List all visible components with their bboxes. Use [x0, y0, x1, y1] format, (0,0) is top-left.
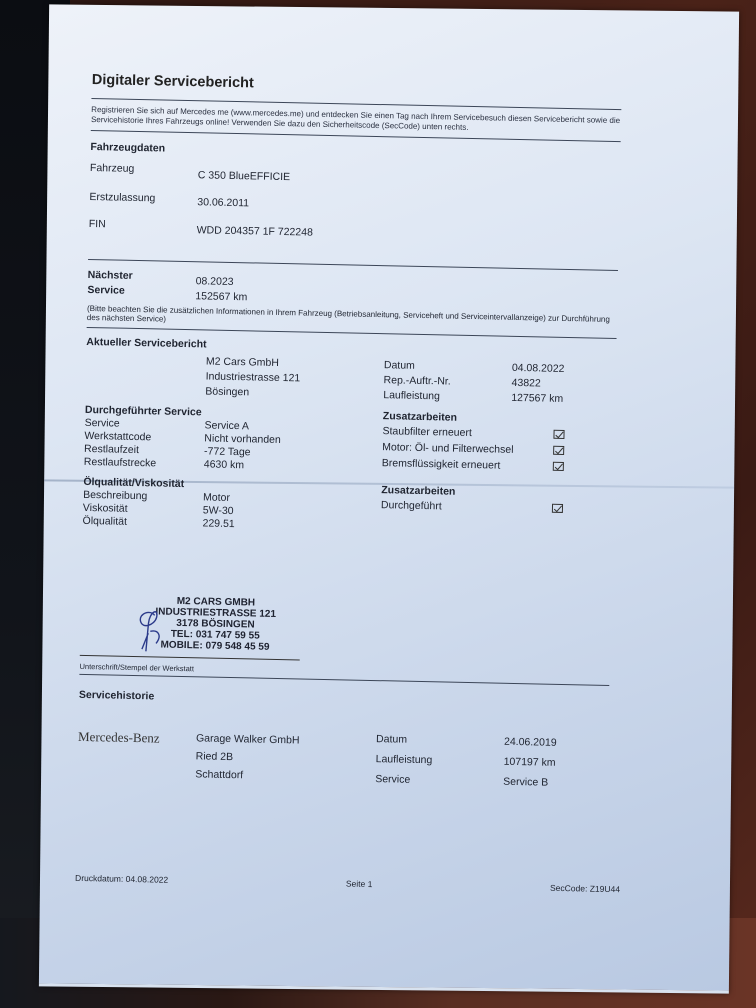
- oil-quality-value: 229.51: [202, 517, 380, 534]
- workshop-address: M2 Cars GmbH Industriestrasse 121 Bösing…: [85, 352, 384, 403]
- oil-quality-label: Ölqualität: [82, 515, 202, 531]
- history-service-value: Service B: [503, 772, 548, 793]
- vehicle-data-section: Fahrzeugdaten Fahrzeug C 350 BlueEFFICIE…: [89, 141, 621, 248]
- mercedes-benz-logo: Mercedes-Benz: [77, 729, 196, 785]
- checkbox-checked-icon: [553, 430, 564, 439]
- extra-work-item: Durchgeführt: [381, 497, 563, 517]
- history-date-label: Datum: [376, 729, 504, 752]
- history-date-value: 24.06.2019: [504, 732, 557, 753]
- service-report-content: Digitaler Servicebericht Registrieren Si…: [75, 72, 622, 894]
- date-value: 04.08.2022: [512, 361, 565, 377]
- history-meta: Datum24.06.2019 Laufleistung107197 km Se…: [375, 729, 557, 793]
- next-service-label: Nächster Service: [87, 268, 196, 304]
- service-history-heading: Servicehistorie: [79, 689, 609, 712]
- vehicle-value: C 350 BlueEFFICIE: [198, 161, 620, 193]
- current-report-body: M2 Cars GmbH Industriestrasse 121 Bösing…: [82, 352, 616, 539]
- mileage-label: Laufleistung: [383, 388, 511, 406]
- signature-label: Unterschrift/Stempel der Werkstatt: [79, 662, 609, 685]
- oil-section: Ölqualität/Viskosität BeschreibungMotor …: [82, 475, 381, 534]
- first-registration-value: 30.06.2011: [197, 190, 619, 220]
- vehicle-row: Fahrzeug C 350 BlueEFFICIE: [90, 159, 620, 193]
- history-mileage-label: Laufleistung: [375, 749, 503, 772]
- vin-row: FIN WDD 204357 1F 722248: [89, 215, 619, 248]
- checkbox-checked-icon: [553, 462, 564, 471]
- repair-order-value: 43822: [511, 376, 541, 392]
- extra-work-item: Bremsflüssigkeit erneuert: [382, 455, 564, 475]
- page-number: Seite 1: [346, 878, 373, 889]
- sec-code: SecCode: Z19U44: [550, 883, 620, 894]
- first-registration-label: Erstzulassung: [89, 188, 197, 211]
- service-history-entry: Mercedes-Benz Garage Walker GmbH Ried 2B…: [77, 723, 608, 794]
- history-service-label: Service: [375, 769, 503, 792]
- remaining-distance-value: 4630 km: [204, 458, 382, 475]
- signature-icon: [128, 603, 169, 654]
- workshop-stamp: M2 CARS GMBH INDUSTRIESTRASSE 121 3178 B…: [80, 594, 311, 654]
- history-mileage-value: 107197 km: [503, 752, 555, 773]
- vin-label: FIN: [89, 215, 197, 239]
- mileage-value: 127567 km: [511, 391, 563, 407]
- first-registration-row: Erstzulassung 30.06.2011: [89, 188, 619, 220]
- checkbox-checked-icon: [552, 504, 563, 513]
- current-report-right: Datum04.08.2022 Rep.-Auftr.-Nr.43822 Lau…: [380, 358, 616, 539]
- vehicle-label: Fahrzeug: [90, 159, 198, 184]
- vin-value: WDD 204357 1F 722248: [197, 217, 619, 248]
- performed-service-section: Durchgeführter Service ServiceService A …: [84, 403, 383, 475]
- print-date: Druckdatum: 04.08.2022: [75, 873, 168, 885]
- checkbox-checked-icon: [553, 446, 564, 455]
- remaining-distance-label: Restlaufstrecke: [84, 456, 204, 472]
- history-workshop-address: Garage Walker GmbH Ried 2B Schattdorf: [195, 729, 376, 789]
- current-report-left: M2 Cars GmbH Industriestrasse 121 Bösing…: [82, 352, 384, 534]
- signature-line: [80, 655, 300, 661]
